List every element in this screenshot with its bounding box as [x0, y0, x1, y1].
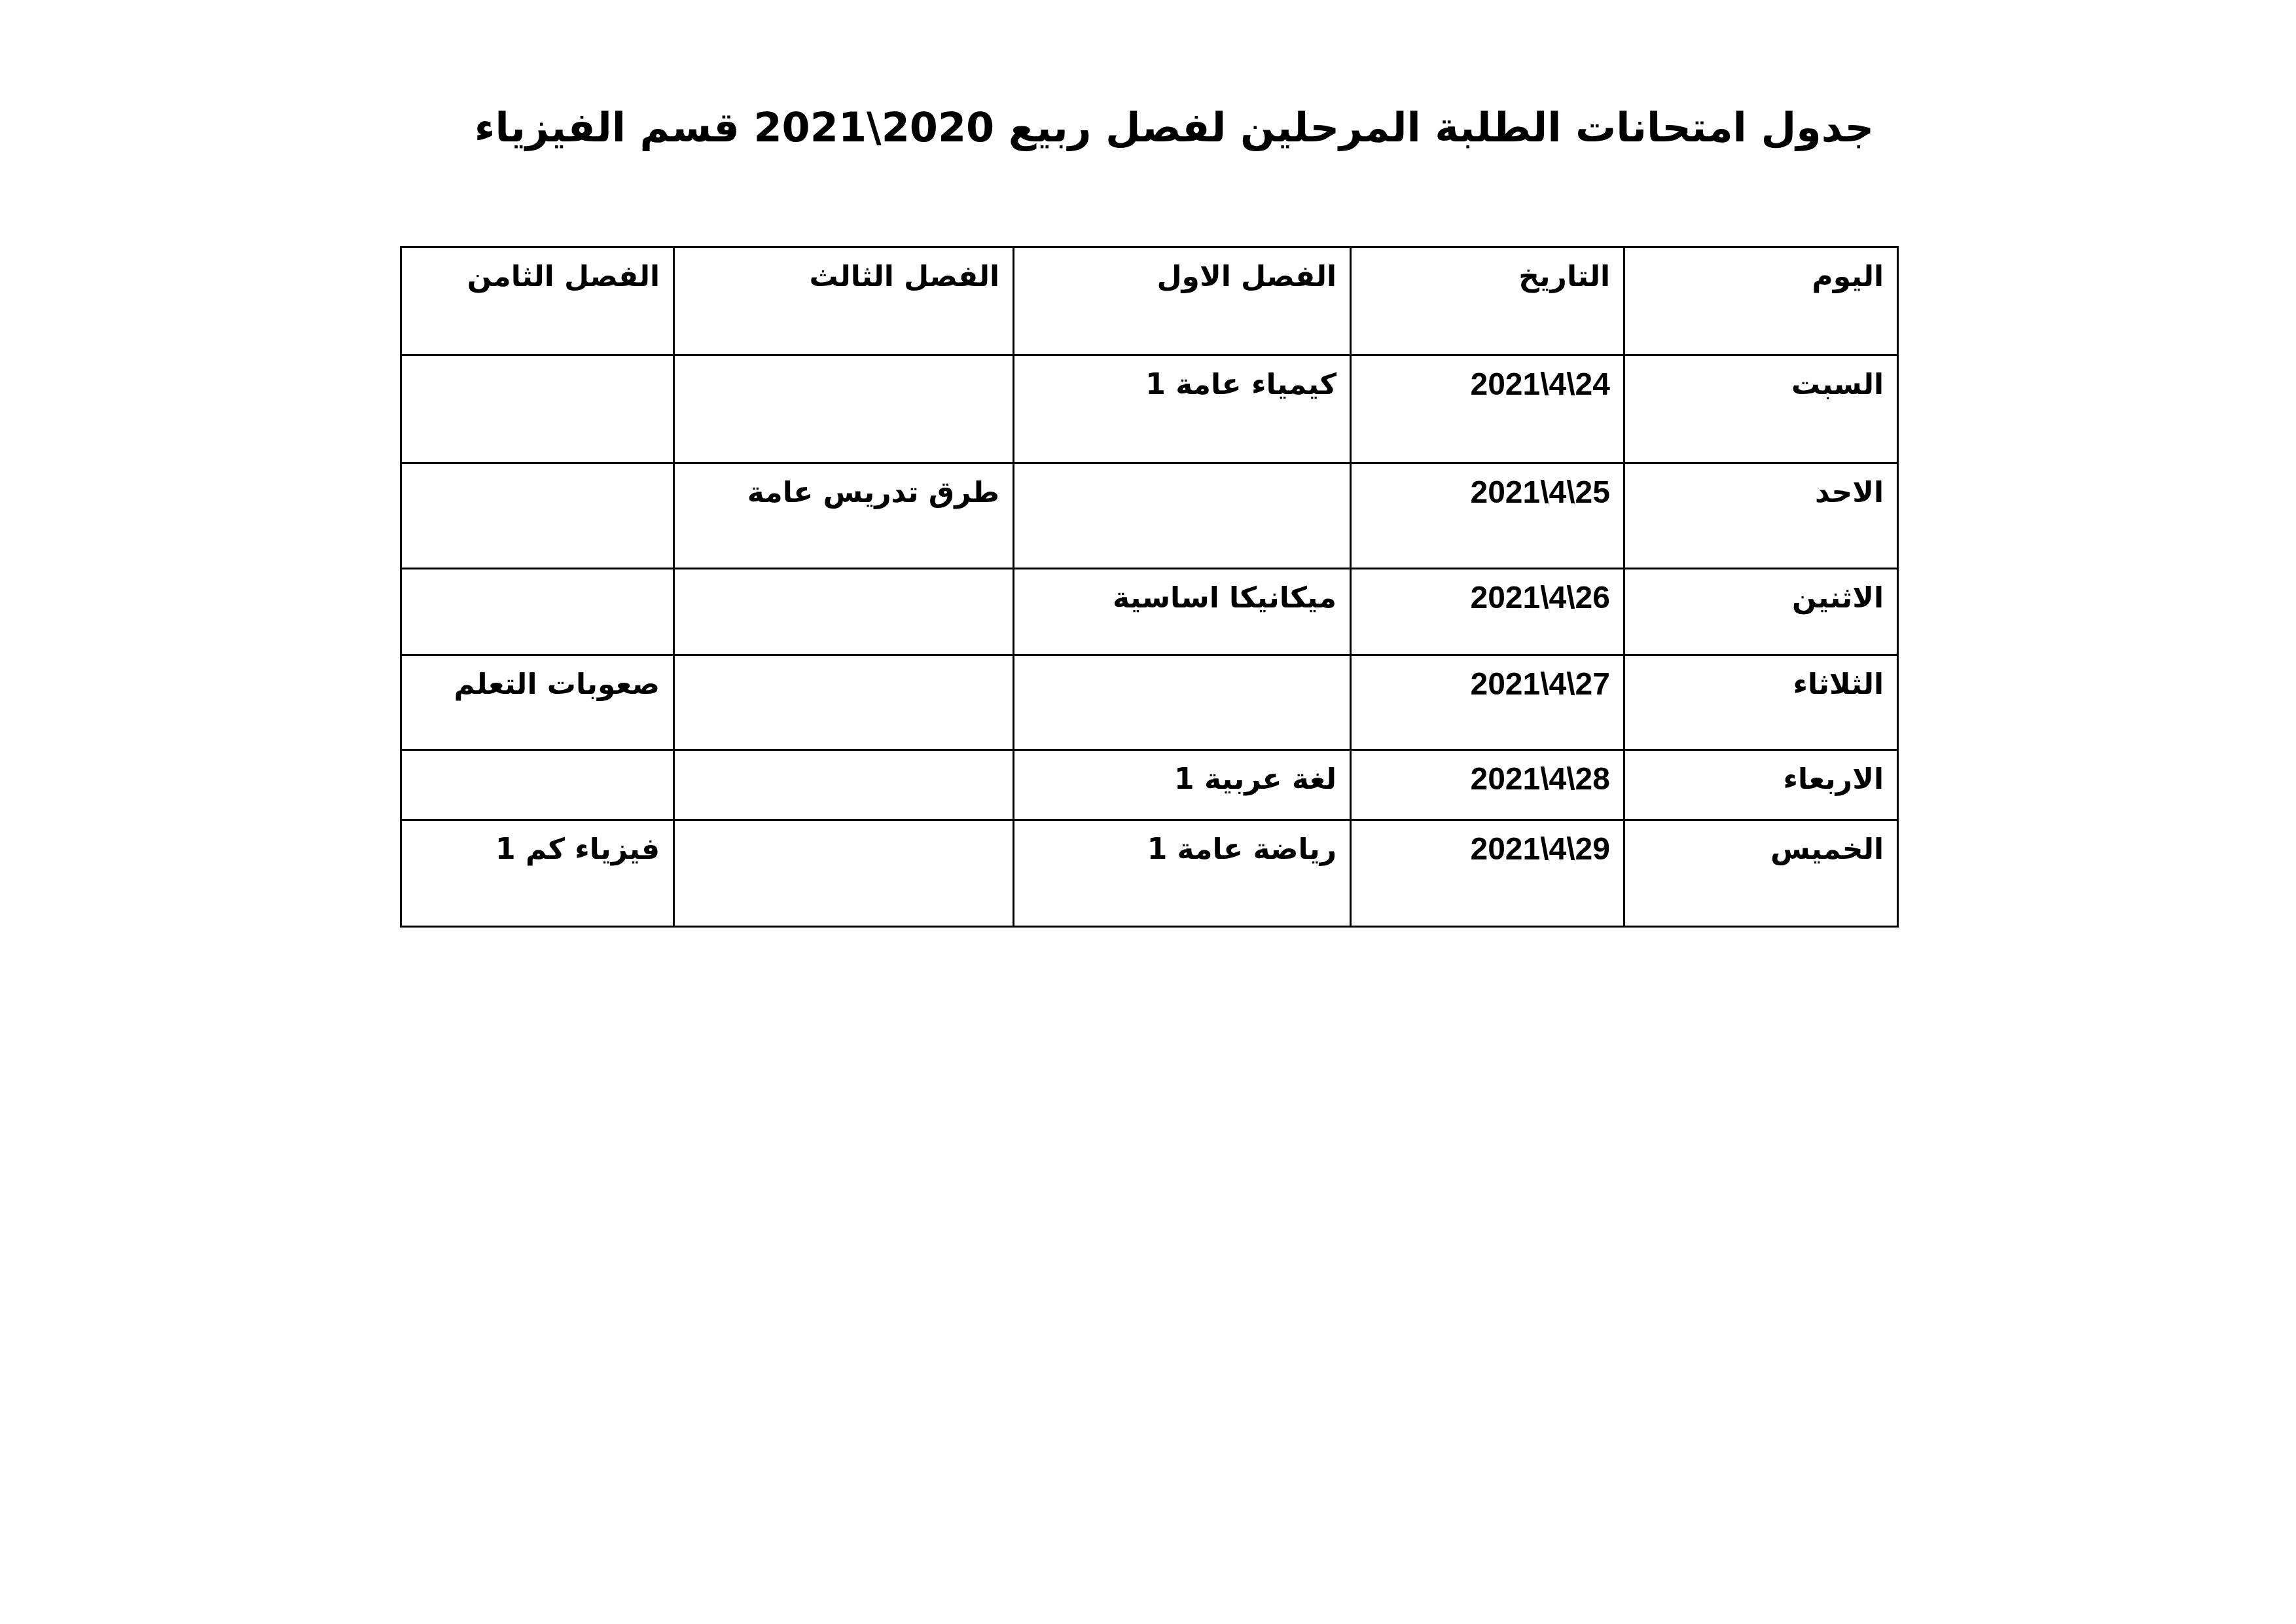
cell-day: السبت	[1624, 355, 1898, 463]
page-title: جدول امتحانات الطلبة المرحلين لفصل ربيع …	[0, 98, 2296, 157]
cell-day: الاربعاء	[1624, 750, 1898, 820]
cell-date: 2021\4\27	[1351, 655, 1624, 750]
cell-day: الاثنين	[1624, 569, 1898, 655]
cell-semester-1: لغة عربية 1	[1014, 750, 1351, 820]
cell-semester-3	[674, 569, 1014, 655]
cell-semester-8: فيزياء كم 1	[401, 820, 674, 927]
header-day: اليوم	[1624, 247, 1898, 355]
cell-day: الاحد	[1624, 463, 1898, 569]
table-row: الخميس 2021\4\29 رياضة عامة 1 فيزياء كم …	[401, 820, 1898, 927]
header-semester-1: الفصل الاول	[1014, 247, 1351, 355]
cell-semester-8	[401, 463, 674, 569]
cell-day: الثلاثاء	[1624, 655, 1898, 750]
header-row: اليوم التاريخ الفصل الاول الفصل الثالث ا…	[401, 247, 1898, 355]
cell-date: 2021\4\29	[1351, 820, 1624, 927]
cell-semester-3	[674, 655, 1014, 750]
exam-schedule-table: اليوم التاريخ الفصل الاول الفصل الثالث ا…	[400, 246, 1899, 928]
header-date: التاريخ	[1351, 247, 1624, 355]
cell-semester-3	[674, 750, 1014, 820]
table-row: الثلاثاء 2021\4\27 صعوبات التعلم	[401, 655, 1898, 750]
cell-semester-8	[401, 355, 674, 463]
cell-date: 2021\4\28	[1351, 750, 1624, 820]
cell-semester-3	[674, 820, 1014, 927]
cell-date: 2021\4\24	[1351, 355, 1624, 463]
cell-semester-1: رياضة عامة 1	[1014, 820, 1351, 927]
cell-semester-1	[1014, 463, 1351, 569]
cell-date: 2021\4\26	[1351, 569, 1624, 655]
cell-date: 2021\4\25	[1351, 463, 1624, 569]
header-semester-8: الفصل الثامن	[401, 247, 674, 355]
cell-semester-8: صعوبات التعلم	[401, 655, 674, 750]
cell-day: الخميس	[1624, 820, 1898, 927]
cell-semester-8	[401, 569, 674, 655]
table-row: الاحد 2021\4\25 طرق تدريس عامة	[401, 463, 1898, 569]
table-row: الاربعاء 2021\4\28 لغة عربية 1	[401, 750, 1898, 820]
table-row: السبت 2021\4\24 كيمياء عامة 1	[401, 355, 1898, 463]
cell-semester-1: ميكانيكا اساسية	[1014, 569, 1351, 655]
cell-semester-1: كيمياء عامة 1	[1014, 355, 1351, 463]
cell-semester-3	[674, 355, 1014, 463]
cell-semester-1	[1014, 655, 1351, 750]
table-row: الاثنين 2021\4\26 ميكانيكا اساسية	[401, 569, 1898, 655]
cell-semester-8	[401, 750, 674, 820]
header-semester-3: الفصل الثالث	[674, 247, 1014, 355]
cell-semester-3: طرق تدريس عامة	[674, 463, 1014, 569]
